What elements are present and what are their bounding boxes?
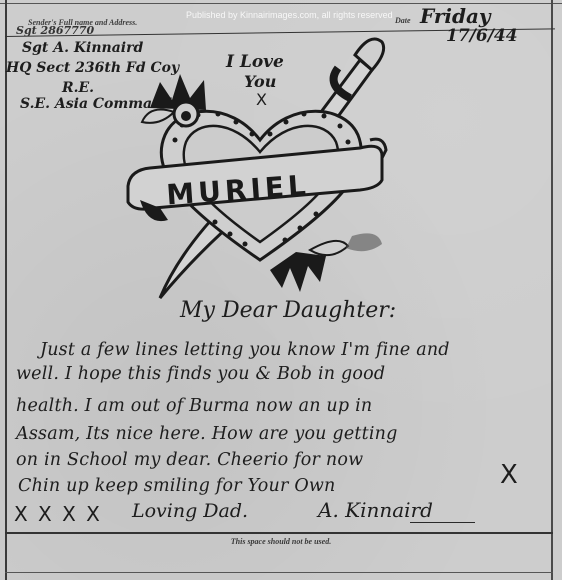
form-right-border [551,0,553,580]
bottom-border [5,572,553,573]
letter-line: Assam, Its nice here. How are you gettin… [16,424,398,444]
letter-salutation: My Dear Daughter: [180,298,396,323]
watermark-text: Published by Kinnairimages.com, all righ… [186,10,393,20]
kiss-marks: X X X X [14,502,102,526]
letter-line: Chin up keep smiling for Your Own [18,476,336,496]
form-left-border [5,0,7,580]
date-value: 17/6/44 [446,26,518,46]
airgraph-letter: Published by Kinnairimages.com, all righ… [0,0,562,580]
footer-divider [5,532,553,534]
heart-dagger-tattoo: MURIEL [120,30,400,310]
signature-underline [410,522,475,523]
letter-line: on in School my dear. Cheerio for now [16,450,363,470]
kiss-mark-trailing: X [500,460,518,490]
letter-signature: A. Kinnaird [318,498,433,522]
footer-note: This space should not be used. [0,537,562,546]
date-label: Date [395,16,411,25]
rose-icon [142,74,206,126]
letter-line: well. I hope this finds you & Bob in goo… [16,364,385,384]
letter-line: Just a few lines letting you know I'm fi… [40,340,450,360]
date-day: Friday [420,4,491,28]
letter-line: health. I am out of Burma now an up in [16,396,372,416]
sender-line: Sgt 2867770 [16,24,94,37]
letter-closing: Loving Dad. [132,500,248,522]
sender-line: R.E. [62,80,94,96]
